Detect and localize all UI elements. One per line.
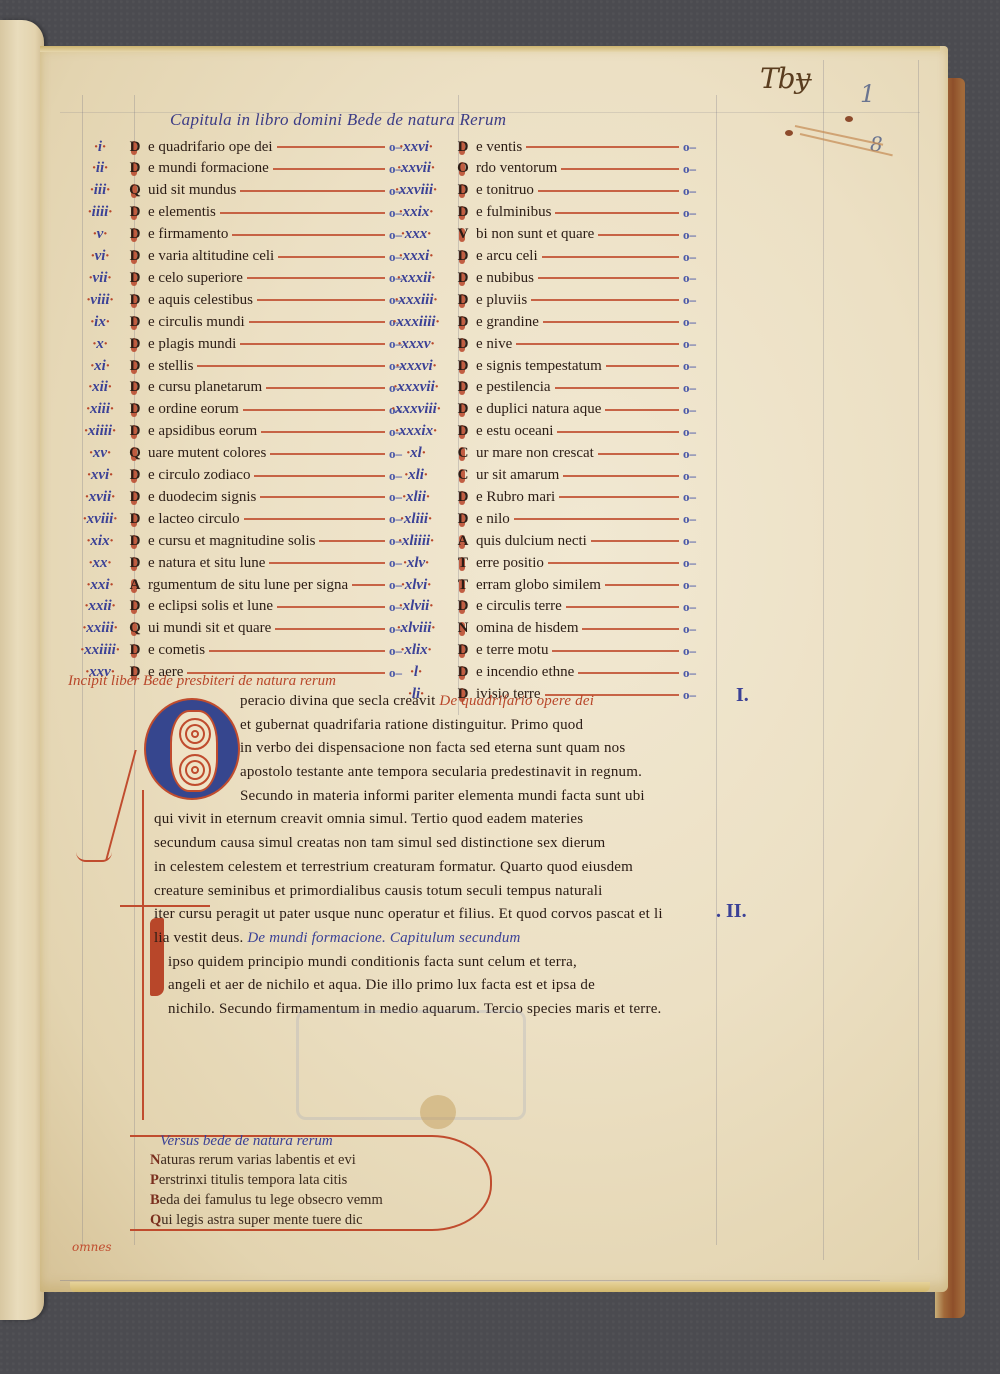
rubricated-initial: O xyxy=(456,160,470,177)
rubricated-initial: C xyxy=(456,445,470,462)
rubricated-initial: D xyxy=(128,204,142,221)
toc-entry: iiiQuid sit munduso– xyxy=(72,180,402,202)
toc-entry: xviiiDe lacteo circuloo– xyxy=(72,508,402,530)
rubricated-initial: D xyxy=(128,555,142,572)
text-line: in celestem celestem et terrestrium crea… xyxy=(154,856,710,880)
previous-leaf-edge xyxy=(0,20,44,1320)
text-line: qui vivit in eternum creavit omnia simul… xyxy=(154,808,710,832)
chapter-title: e Rubro mari xyxy=(470,489,555,506)
toc-entry: xlixDe terre motuo– xyxy=(376,640,696,662)
decorated-initial-o xyxy=(146,700,238,798)
rubricated-initial: Q xyxy=(128,445,142,462)
blue-pen-hook-icon: o– xyxy=(683,380,696,396)
red-leader-line xyxy=(598,234,679,236)
red-leader-line xyxy=(257,299,385,301)
chapter-number: ix xyxy=(72,314,128,331)
rubricated-initial: D xyxy=(128,489,142,506)
red-leader-line xyxy=(516,343,679,345)
toc-entry: ixDe circulis mundio– xyxy=(72,311,402,333)
ruling-line xyxy=(823,60,824,1260)
chapter-number: xxxiiii xyxy=(376,314,456,331)
red-leader-line xyxy=(582,628,679,630)
rubricated-initial: D xyxy=(128,139,142,156)
chapter-title: e firmamento xyxy=(142,226,228,243)
rubricated-initial: A xyxy=(128,577,142,594)
blue-pen-hook-icon: o– xyxy=(683,468,696,484)
toc-entry: xliiiDe niloo– xyxy=(376,508,696,530)
blue-pen-hook-icon: o– xyxy=(683,555,696,571)
rubricated-initial: D xyxy=(456,182,470,199)
rubricated-initial: D xyxy=(456,358,470,375)
blue-pen-hook-icon: o– xyxy=(683,511,696,527)
toc-entry: xxxixDe estu oceanio– xyxy=(376,421,696,443)
red-leader-line xyxy=(552,650,679,652)
blue-pen-hook-icon: o– xyxy=(683,205,696,221)
spiral-ornament xyxy=(179,754,211,786)
incipit-rubric: Incipit liber Bede presbiteri de natura … xyxy=(68,673,336,690)
toc-entry: xviDe circulo zodiacoo– xyxy=(72,465,402,487)
toc-entry: xlviTerram globo similemo– xyxy=(376,574,696,596)
rubricated-initial: Q xyxy=(128,620,142,637)
chapter-number: xxiiii xyxy=(72,642,128,659)
chapter-number: xiiii xyxy=(72,423,128,440)
margin-chapter-number-2: . II. xyxy=(716,900,747,923)
red-leader-line xyxy=(543,321,679,323)
red-leader-line xyxy=(591,540,679,542)
chapter-title: e cursu et magnitudine solis xyxy=(142,533,315,550)
blue-pen-hook-icon: o– xyxy=(683,249,696,265)
chapter-number: xix xyxy=(72,533,128,550)
chapter-number: xxii xyxy=(72,598,128,615)
toc-entry: iiiiDe elementiso– xyxy=(72,202,402,224)
toc-entry: xiDe stelliso– xyxy=(72,355,402,377)
chapter-number: xliiii xyxy=(376,533,456,550)
blue-pen-hook-icon: o– xyxy=(683,292,696,308)
blue-pen-hook-icon: o– xyxy=(683,533,696,549)
spiral-ornament xyxy=(179,718,211,750)
chapter-title: omina de hisdem xyxy=(470,620,578,637)
toc-entry: xxxviiiDe duplici natura aqueo– xyxy=(376,399,696,421)
verse-line: Beda dei famulus tu lege obsecro vemm xyxy=(150,1192,383,1209)
blue-pen-hook-icon: o– xyxy=(683,621,696,637)
chapter-title: e duodecim signis xyxy=(142,489,256,506)
chapter-title: e eclipsi solis et lune xyxy=(142,598,273,615)
faded-ownership-stamp xyxy=(296,1010,526,1120)
chapter-number: viii xyxy=(72,292,128,309)
toc-entry: xxviiOrdo ventorumo– xyxy=(376,158,696,180)
chapter-number: l xyxy=(376,664,456,681)
toc-entry: xxiiDe eclipsi solis et luneo– xyxy=(72,596,402,618)
rubricated-initial: D xyxy=(128,511,142,528)
chapter-title: e pestilencia xyxy=(470,379,551,396)
red-leader-line xyxy=(266,387,385,389)
red-leader-line xyxy=(566,606,679,608)
folio-signature: Tbɏ xyxy=(760,62,809,95)
chapter-number: xi xyxy=(72,358,128,375)
text-line: in verbo dei dispensacione non facta sed… xyxy=(240,737,710,761)
blue-pen-hook-icon: o– xyxy=(683,489,696,505)
toc-entry: xlvTerre positioo– xyxy=(376,552,696,574)
rubricated-initial: D xyxy=(456,489,470,506)
chapter-title: e celo superiore xyxy=(142,270,243,287)
page-bottom-edge xyxy=(70,1282,930,1292)
chapter-number: xlvi xyxy=(376,577,456,594)
toc-entry: viiiDe aquis celestibuso– xyxy=(72,289,402,311)
toc-entry: xliCur sit amarumo– xyxy=(376,465,696,487)
toc-entry: xlviiiNomina de hisdemo– xyxy=(376,618,696,640)
rubricated-initial: D xyxy=(456,248,470,265)
red-leader-line xyxy=(538,277,679,279)
chapter-number: i xyxy=(72,139,128,156)
chapter-title: e estu oceani xyxy=(470,423,553,440)
ruling-line xyxy=(918,60,919,1260)
blue-pen-hook-icon: o– xyxy=(683,358,696,374)
chapter-number: xli xyxy=(376,467,456,484)
chapter-title: e quadrifario ope dei xyxy=(142,139,273,156)
toc-entry: xxviDe ventiso– xyxy=(376,136,696,158)
toc-entry: lDe incendio ethneo– xyxy=(376,662,696,684)
toc-entry: viDe varia altitudine celio– xyxy=(72,246,402,268)
red-leader-line xyxy=(563,475,679,477)
red-leader-line xyxy=(232,234,385,236)
rubricated-initial: D xyxy=(128,598,142,615)
chapter-list-heading: Capitula in libro domini Bede de natura … xyxy=(170,110,715,130)
chapter-title: e tonitruo xyxy=(470,182,534,199)
chapter-number: xlii xyxy=(376,489,456,506)
red-leader-line xyxy=(269,562,385,564)
toc-entry: xiiDe cursu planetarumo– xyxy=(72,377,402,399)
toc-entry: xxxVbi non sunt et quareo– xyxy=(376,224,696,246)
chapter-number: xxix xyxy=(376,204,456,221)
chapter-title: e ventis xyxy=(470,139,522,156)
chapter-number: xxvii xyxy=(376,160,456,177)
chapter-title: e pluviis xyxy=(470,292,527,309)
chapter-title: erre positio xyxy=(470,555,544,572)
chapter-title: e duplici natura aque xyxy=(470,401,601,418)
red-leader-line xyxy=(578,672,679,674)
ink-blot xyxy=(845,116,853,122)
red-leader-line xyxy=(526,146,679,148)
chapter-number: xlv xyxy=(376,555,456,572)
toc-entry: xxixDe fulminibuso– xyxy=(376,202,696,224)
chapter-title: e nubibus xyxy=(470,270,534,287)
text-line: apostolo testante ante tempora secularia… xyxy=(240,761,710,785)
rubricated-initial: D xyxy=(456,314,470,331)
text-line: peracio divina que secla creavit De quad… xyxy=(240,690,710,714)
ruling-line xyxy=(716,95,717,1245)
rubricated-initial: D xyxy=(456,379,470,396)
chapter-number: v xyxy=(72,226,128,243)
red-leader-line xyxy=(220,212,385,214)
toc-entry: iDe quadrifario ope deio– xyxy=(72,136,402,158)
rubricated-initial: D xyxy=(128,292,142,309)
red-leader-line xyxy=(277,146,385,148)
rubricated-initial: D xyxy=(456,139,470,156)
toc-entry: xiiiiDe apsidibus eorumo– xyxy=(72,421,402,443)
rubricated-initial: D xyxy=(456,204,470,221)
rubricated-initial: D xyxy=(456,686,470,703)
red-leader-line xyxy=(254,475,385,477)
rubricated-initial: D xyxy=(128,248,142,265)
chapter-title: e nive xyxy=(470,336,512,353)
blue-pen-hook-icon: o– xyxy=(683,336,696,352)
page-top-edge xyxy=(40,46,940,52)
verse-line: Naturas rerum varias labentis et evi xyxy=(150,1152,356,1169)
blue-pen-hook-icon: o– xyxy=(683,161,696,177)
chapter-number: xxxi xyxy=(376,248,456,265)
chapter-title: rdo ventorum xyxy=(470,160,557,177)
shelf-mark-1: 1 xyxy=(860,80,875,108)
toc-entry: xxiiiiDe cometiso– xyxy=(72,640,402,662)
toc-entry: iiDe mundi formacioneo– xyxy=(72,158,402,180)
toc-entry: xxiiiQui mundi sit et quareo– xyxy=(72,618,402,640)
pen-flourish xyxy=(142,790,146,1120)
chapter-title: e ordine eorum xyxy=(142,401,239,418)
red-leader-line xyxy=(240,343,385,345)
blue-pen-hook-icon: o– xyxy=(683,665,696,681)
red-leader-line xyxy=(240,190,385,192)
chapter-number: xxxv xyxy=(376,336,456,353)
red-leader-line xyxy=(244,518,385,520)
red-leader-line xyxy=(209,650,385,652)
chapter-number: xii xyxy=(72,379,128,396)
rubricated-initial: V xyxy=(456,226,470,243)
blue-pen-hook-icon: o– xyxy=(683,446,696,462)
rubricated-initial: D xyxy=(456,642,470,659)
text-line: lia vestit deus. De mundi formacione. Ca… xyxy=(154,927,710,951)
chapter-number: xxxvii xyxy=(376,379,456,396)
toc-entry: xxviiiDe tonitruoo– xyxy=(376,180,696,202)
chapter-number: vi xyxy=(72,248,128,265)
chapter-number: xxx xyxy=(376,226,456,243)
chapter-number: xiii xyxy=(72,401,128,418)
chapter-title: e plagis mundi xyxy=(142,336,236,353)
red-leader-line xyxy=(557,431,679,433)
rubricated-initial: A xyxy=(456,533,470,550)
red-leader-line xyxy=(261,431,385,433)
text-line: et gubernat quadrifaria ratione distingu… xyxy=(240,714,710,738)
chapter-number: xxxix xyxy=(376,423,456,440)
rubricated-initial: D xyxy=(456,401,470,418)
toc-entry: vDe firmamentoo– xyxy=(72,224,402,246)
rubricated-initial: D xyxy=(456,423,470,440)
red-leader-line xyxy=(561,168,679,170)
toc-entry: xiiiDe ordine eorumo– xyxy=(72,399,402,421)
chapter-number: xvii xyxy=(72,489,128,506)
rubricated-initial: D xyxy=(128,467,142,484)
red-leader-line xyxy=(278,256,385,258)
text-line: Secundo in materia informi pariter eleme… xyxy=(240,785,710,809)
chapter-title: e lacteo circulo xyxy=(142,511,240,528)
rubricated-initial: D xyxy=(128,270,142,287)
chapter-number: xxxiii xyxy=(376,292,456,309)
chapter-title: ur mare non crescat xyxy=(470,445,594,462)
red-leader-line xyxy=(605,409,679,411)
red-leader-line xyxy=(548,562,679,564)
blue-pen-hook-icon: o– xyxy=(683,314,696,330)
ruling-line xyxy=(60,1280,880,1281)
incipit-text: Incipit liber Bede presbiteri de natura … xyxy=(68,673,336,689)
chapter-number: xx xyxy=(72,555,128,572)
text-line: creature seminibus et primordialibus cau… xyxy=(154,880,710,904)
blue-pen-hook-icon: o– xyxy=(683,424,696,440)
red-leader-line xyxy=(243,409,385,411)
chapter-number: xl xyxy=(376,445,456,462)
chapter-title: e circulis mundi xyxy=(142,314,245,331)
red-leader-line xyxy=(247,277,385,279)
red-leader-line xyxy=(555,387,679,389)
toc-entry: xxxiiDe nubibuso– xyxy=(376,267,696,289)
chapter-number: iiii xyxy=(72,204,128,221)
rubricated-initial: D xyxy=(456,292,470,309)
chapter-title: ui mundi sit et quare xyxy=(142,620,271,637)
rubricated-initial: D xyxy=(456,270,470,287)
text-line: angeli et aer de nichilo et aqua. Die il… xyxy=(168,974,710,998)
chapter-title: e elementis xyxy=(142,204,216,221)
chapter-number: xvi xyxy=(72,467,128,484)
chapter-title: e aquis celestibus xyxy=(142,292,253,309)
red-leader-line xyxy=(249,321,385,323)
rubricated-initial: D xyxy=(456,598,470,615)
chapter-title: e varia altitudine celi xyxy=(142,248,274,265)
rubricated-initial: D xyxy=(128,401,142,418)
rubricated-initial: D xyxy=(456,511,470,528)
chapter-title: e apsidibus eorum xyxy=(142,423,257,440)
margin-chapter-number-1: I. xyxy=(736,684,749,707)
toc-entry: xxxvDe niveo– xyxy=(376,333,696,355)
chapter-number: xxviii xyxy=(376,182,456,199)
red-leader-line xyxy=(605,584,679,586)
red-leader-line xyxy=(277,606,385,608)
text-line: ipso quidem principio mundi conditionis … xyxy=(168,951,710,975)
red-leader-line xyxy=(555,212,679,214)
chapter-2-rubric: De mundi formacione. Capitulum secundum xyxy=(247,930,520,946)
chapter-number: xxxvi xyxy=(376,358,456,375)
red-leader-line xyxy=(270,453,385,455)
toc-entry: xliiDe Rubro mario– xyxy=(376,486,696,508)
ink-blot xyxy=(785,130,793,136)
chapter-title: e circulis terre xyxy=(470,598,562,615)
chapter-number: xlviii xyxy=(376,620,456,637)
main-text-block: peracio divina que secla creavit De quad… xyxy=(240,690,710,1022)
toc-entry: viiDe celo superioreo– xyxy=(72,267,402,289)
chapter-title: e mundi formacione xyxy=(142,160,269,177)
rubricated-initial: T xyxy=(456,555,470,572)
rubricated-initial: D xyxy=(128,642,142,659)
chapter-title: e cometis xyxy=(142,642,205,659)
rubricated-initial: T xyxy=(456,577,470,594)
rubricated-initial: D xyxy=(128,358,142,375)
initial-inner-panel xyxy=(170,710,218,792)
chapter-number: xliii xyxy=(376,511,456,528)
rubricated-initial: D xyxy=(128,379,142,396)
rubricated-initial: D xyxy=(128,664,142,681)
red-leader-line xyxy=(606,365,679,367)
blue-pen-hook-icon: o– xyxy=(683,183,696,199)
chapter-title: e arcu celi xyxy=(470,248,538,265)
text-line: iter cursu peragit ut pater usque nunc o… xyxy=(154,903,710,927)
toc-entry: xxxviiDe pestilenciao– xyxy=(376,377,696,399)
toc-entry: xxDe natura et situ luneo– xyxy=(72,552,402,574)
rubricated-initial: D xyxy=(128,423,142,440)
rubricated-initial: C xyxy=(456,467,470,484)
text-line: secundum causa simul creatas non tam sim… xyxy=(154,832,710,856)
rubricated-initial: Q xyxy=(128,182,142,199)
chapter-title: bi non sunt et quare xyxy=(470,226,594,243)
toc-entry: xlCur mare non crescato– xyxy=(376,443,696,465)
rubricated-initial: D xyxy=(456,336,470,353)
chapter-number: xxvi xyxy=(376,139,456,156)
chapter-title: e cursu planetarum xyxy=(142,379,262,396)
pen-flourish xyxy=(76,852,112,862)
verse-title: Versus bede de natura rerum xyxy=(160,1133,333,1150)
chapter-title: e signis tempestatum xyxy=(470,358,602,375)
chapter-number: xlvii xyxy=(376,598,456,615)
chapter-title: erram globo similem xyxy=(470,577,601,594)
red-leader-line xyxy=(514,518,679,520)
chapter-number: xxxviii xyxy=(376,401,456,418)
chapter-title: e terre motu xyxy=(470,642,548,659)
toc-entry: xlviiDe circulis terreo– xyxy=(376,596,696,618)
red-leader-line xyxy=(542,256,679,258)
chapter-number: x xyxy=(72,336,128,353)
toc-entry: xviiDe duodecim signiso– xyxy=(72,486,402,508)
red-leader-line xyxy=(598,453,679,455)
toc-entry: xxxviDe signis tempestatumo– xyxy=(376,355,696,377)
rubricated-initial: D xyxy=(128,160,142,177)
toc-entry: xDe plagis mundio– xyxy=(72,333,402,355)
rubricated-initial: D xyxy=(128,314,142,331)
toc-entry: xliiiiAquis dulcium nectio– xyxy=(376,530,696,552)
chapter-title: e incendio ethne xyxy=(470,664,574,681)
chapter-number: xxiii xyxy=(72,620,128,637)
blue-pen-hook-icon: o– xyxy=(683,139,696,155)
red-leader-line xyxy=(538,190,679,192)
red-leader-line xyxy=(559,496,679,498)
chapter-title: e stellis xyxy=(142,358,193,375)
chapter-title: e circulo zodiaco xyxy=(142,467,250,484)
chapter-title: uare mutent colores xyxy=(142,445,266,462)
rubricated-initial: N xyxy=(456,620,470,637)
chapter-number: ii xyxy=(72,160,128,177)
blue-pen-hook-icon: o– xyxy=(683,270,696,286)
toc-entry: xxiArgumentum de situ lune per signao– xyxy=(72,574,402,596)
chapter-title: ur sit amarum xyxy=(470,467,559,484)
chapter-title: uid sit mundus xyxy=(142,182,236,199)
chapter-number: xviii xyxy=(72,511,128,528)
chapter-number: xxxii xyxy=(376,270,456,287)
blue-pen-hook-icon: o– xyxy=(683,643,696,659)
blue-pen-hook-icon: o– xyxy=(683,577,696,593)
verse-line: Perstrinxi titulis tempora lata citis xyxy=(150,1172,347,1189)
chapter-title: e natura et situ lune xyxy=(142,555,265,572)
toc-entry: xvQuare mutent coloreso– xyxy=(72,443,402,465)
blue-pen-hook-icon: o– xyxy=(683,599,696,615)
red-leader-line xyxy=(273,168,385,170)
chapter-number: xxi xyxy=(72,577,128,594)
rubricated-initial: D xyxy=(128,336,142,353)
toc-entry: xxxiiiDe pluviiso– xyxy=(376,289,696,311)
chapter-number: vii xyxy=(72,270,128,287)
chapter-title: e grandine xyxy=(470,314,539,331)
chapter-number: xlix xyxy=(376,642,456,659)
blue-pen-hook-icon: o– xyxy=(683,227,696,243)
stain xyxy=(420,1095,456,1129)
toc-entry: xxxiDe arcu celio– xyxy=(376,246,696,268)
chapter-title: rgumentum de situ lune per signa xyxy=(142,577,348,594)
red-leader-line xyxy=(197,365,385,367)
blue-pen-hook-icon: o– xyxy=(683,402,696,418)
